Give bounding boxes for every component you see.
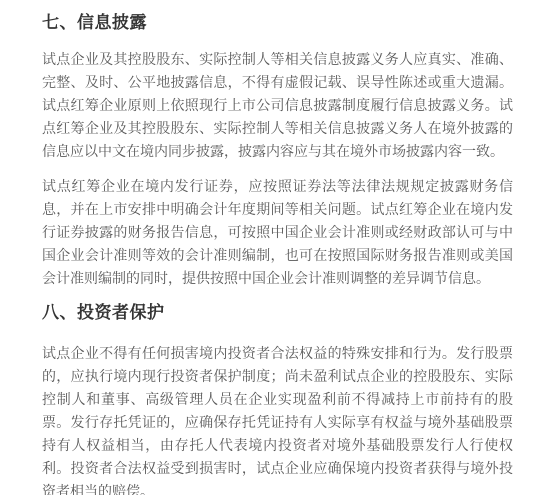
paragraph-investor-protection: 试点企业不得有任何损害境内投资者合法权益的特殊安排和行为。发行股票的，应执行境内… bbox=[42, 342, 513, 495]
paragraph-financial-reporting: 试点红筹企业在境内发行证券，应按照证券法等法律法规规定披露财务信息，并在上市安排… bbox=[42, 175, 513, 290]
section-heading-investor-protection: 八、投资者保护 bbox=[42, 302, 513, 324]
section-heading-information-disclosure: 七、信息披露 bbox=[42, 12, 513, 34]
document-body: 七、信息披露 试点企业及其控股股东、实际控制人等相关信息披露义务人应真实、准确、… bbox=[0, 0, 554, 495]
paragraph-disclosure-obligations: 试点企业及其控股股东、实际控制人等相关信息披露义务人应真实、准确、完整、及时、公… bbox=[42, 48, 513, 163]
